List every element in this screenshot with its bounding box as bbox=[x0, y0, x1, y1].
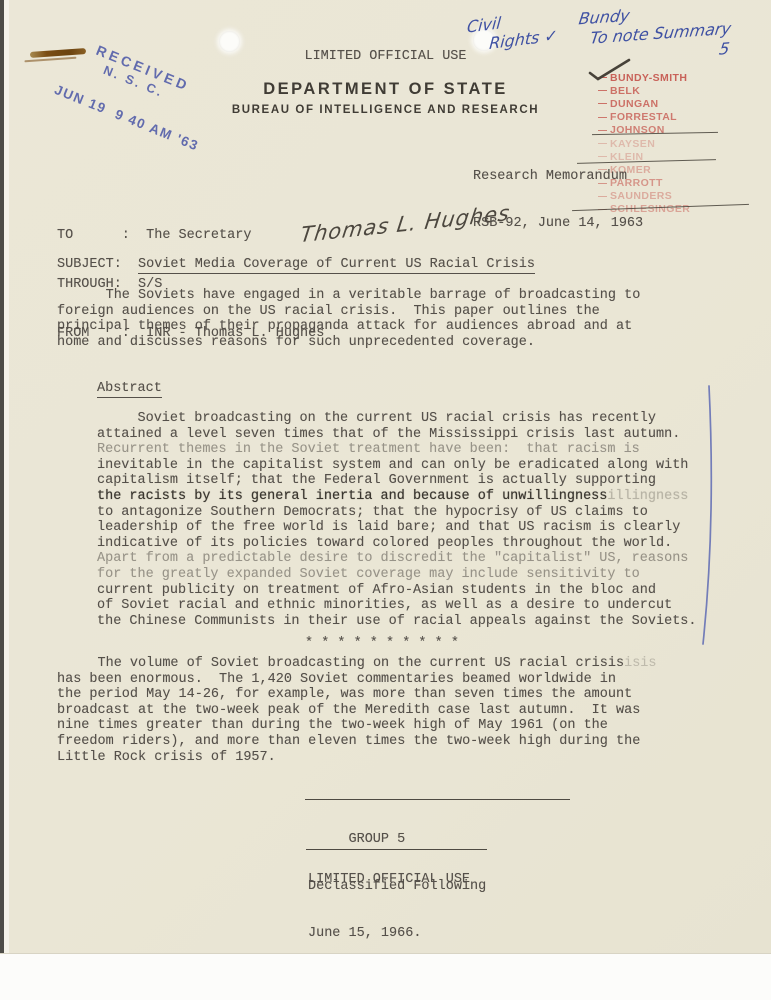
typed-line: indicative of its policies toward colore… bbox=[97, 536, 697, 552]
routing-entry-label: DUNGAN bbox=[610, 98, 658, 110]
typed-line: The Soviets have engaged in a veritable … bbox=[57, 288, 640, 304]
opening-paragraph: The Soviets have engaged in a veritable … bbox=[57, 288, 640, 350]
typed-line: Apart from a predictable desire to discr… bbox=[97, 551, 697, 567]
routing-entry-dash bbox=[598, 117, 607, 118]
memo-number: RSB-92, June 14, 1963 bbox=[473, 216, 643, 232]
routing-entry-dash bbox=[598, 90, 607, 91]
margin-pen-line bbox=[694, 378, 720, 658]
handwritten-note-civil-rights: Civil Rights ✓ bbox=[466, 7, 559, 56]
typed-line: has been enormous. The 1,420 Soviet comm… bbox=[57, 672, 657, 688]
typed-line: Little Rock crisis of 1957. bbox=[57, 750, 657, 766]
asterisk-separator: * * * * * * * * * * bbox=[305, 636, 459, 652]
routing-entry-label: FORRESTAL bbox=[610, 111, 677, 123]
memo-paper: RECEIVED N. S. C. JUN 19 9 40 AM '63 Civ… bbox=[0, 0, 771, 953]
typed-line: the period May 14-26, for example, was m… bbox=[57, 687, 657, 703]
group-line: GROUP 5 bbox=[308, 832, 486, 848]
abstract-paragraph: Soviet broadcasting on the current US ra… bbox=[97, 411, 697, 629]
subject-line: SUBJECT: Soviet Media Coverage of Curren… bbox=[57, 257, 535, 273]
scan-edge-light bbox=[4, 0, 9, 953]
routing-entry-label: BELK bbox=[610, 85, 640, 97]
typed-line: Recurrent themes in the Soviet treatment… bbox=[97, 442, 697, 458]
routing-stamp-entry: FORRESTAL bbox=[598, 111, 690, 124]
subject-label: SUBJECT: bbox=[57, 257, 138, 272]
memo-type: Research Memorandum bbox=[473, 169, 643, 185]
typed-line: Soviet broadcasting on the current US ra… bbox=[97, 411, 697, 427]
typed-line: leadership of the free world is laid bar… bbox=[97, 520, 697, 536]
routing-stamp-entry: DUNGAN bbox=[598, 97, 690, 110]
typed-line: nine times greater than during the two-w… bbox=[57, 718, 657, 734]
routing-entry-dash bbox=[598, 130, 607, 131]
typed-line: capitalism itself; that the Federal Gove… bbox=[97, 473, 697, 489]
typed-line: attained a level seven times that of the… bbox=[97, 427, 697, 443]
typed-line: of Soviet racial and ethnic minorities, … bbox=[97, 598, 697, 614]
routing-entry-dash bbox=[598, 103, 607, 104]
typed-line: freedom riders), and more than eleven ti… bbox=[57, 734, 657, 750]
declass-rule-bottom bbox=[306, 849, 487, 850]
typed-line: foreign audiences on the US racial crisi… bbox=[57, 304, 640, 320]
typed-line: broadcast at the two-week peak of the Me… bbox=[57, 703, 657, 719]
typed-line: principal themes of their propaganda att… bbox=[57, 319, 640, 335]
typed-line: inevitable in the capitalist system and … bbox=[97, 458, 697, 474]
scan-background bbox=[0, 953, 771, 1000]
declass-date-line: June 15, 1966. bbox=[308, 926, 486, 942]
typed-line: for the greatly expanded Soviet coverage… bbox=[97, 567, 697, 583]
typed-line: the racists by its general inertia and b… bbox=[97, 489, 697, 505]
declass-rule-top bbox=[305, 799, 570, 800]
typed-line: to antagonize Southern Democrats; that t… bbox=[97, 505, 697, 521]
check-glyph: ✓ bbox=[544, 25, 559, 46]
to-line: TO : The Secretary bbox=[57, 228, 324, 244]
typed-line: home and discusses reasons for such unpr… bbox=[57, 335, 640, 351]
classification-footer: LIMITED OFFICIAL USE bbox=[308, 872, 470, 888]
scanned-page: RECEIVED N. S. C. JUN 19 9 40 AM '63 Civ… bbox=[0, 0, 771, 1000]
abstract-heading: Abstract bbox=[97, 381, 162, 397]
classification-header: LIMITED OFFICIAL USE bbox=[0, 49, 771, 65]
volume-paragraph: The volume of Soviet broadcasting on the… bbox=[57, 656, 657, 765]
routing-stamp-entry: BELK bbox=[598, 84, 690, 97]
routing-stamp-entry: JOHNSON bbox=[598, 124, 690, 137]
typed-line: The volume of Soviet broadcasting on the… bbox=[57, 656, 657, 672]
routing-check-mark bbox=[588, 57, 632, 83]
memo-year-struck: 1963 bbox=[611, 216, 643, 231]
typed-line: the Chinese Communists in their use of r… bbox=[97, 614, 697, 630]
memo-reference: Research Memorandum RSB-92, June 14, 196… bbox=[473, 138, 643, 263]
typed-line: current publicity on treatment of Afro-A… bbox=[97, 583, 697, 599]
